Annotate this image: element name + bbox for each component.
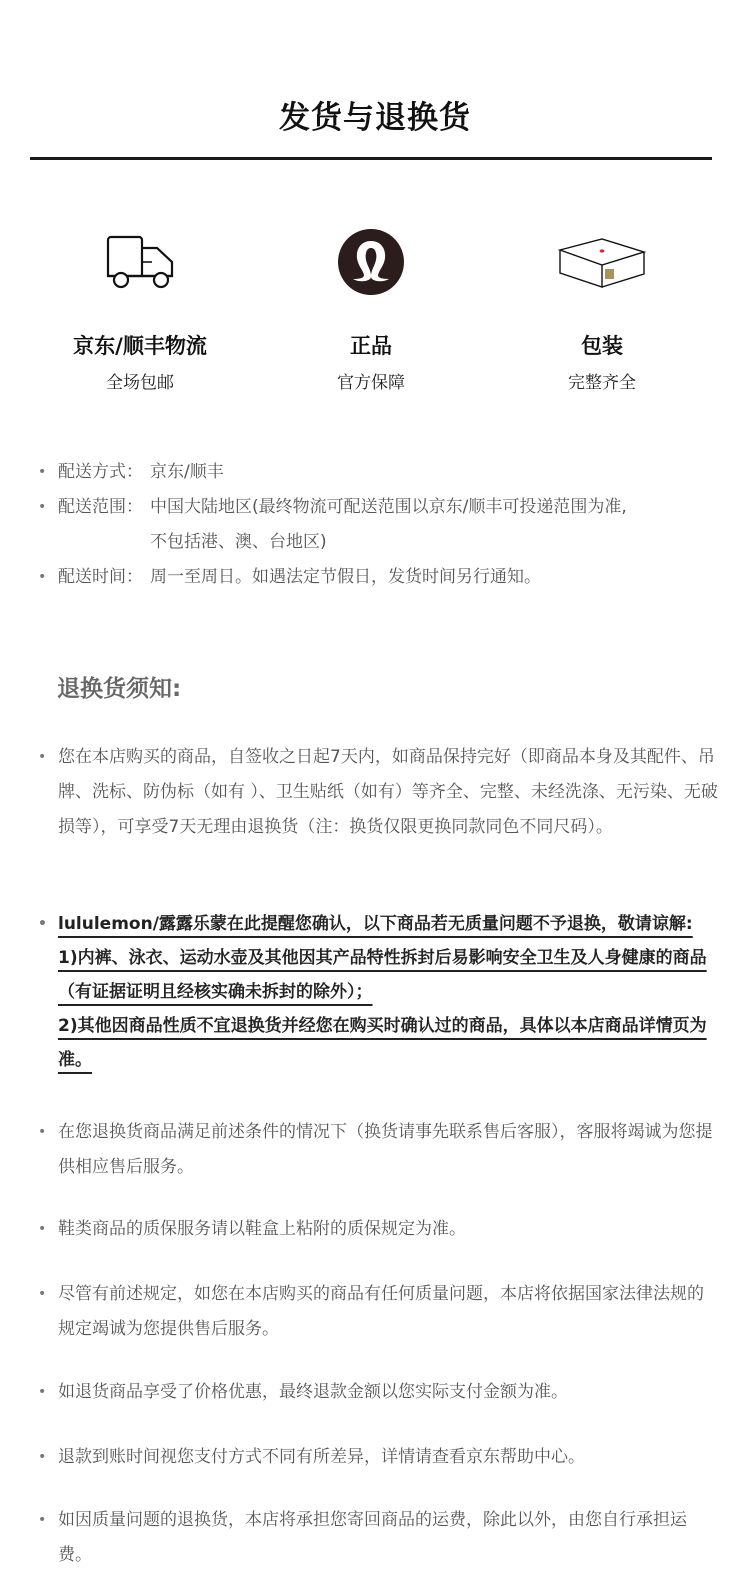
returns-item-text: 在您退换货商品满足前述条件的情况下（换货请事先联系售后客服），客服将竭诚为您提供… bbox=[58, 1115, 718, 1185]
feature-logistics: 京东/顺丰物流 全场包邮 bbox=[30, 222, 250, 393]
shipping-value-line2: 不包括港、澳、台地区) bbox=[150, 525, 718, 560]
returns-heading: 退换货须知: bbox=[57, 670, 181, 703]
truck-icon bbox=[102, 231, 178, 293]
shipping-range-row: • 配送范围： 中国大陆地区(最终物流可配送范围以京东/顺丰可投递范围为准, 不… bbox=[38, 490, 718, 560]
title-divider bbox=[30, 157, 712, 160]
returns-item: • 退款到账时间视您支付方式不同有所差异，详情请查看京东帮助中心。 bbox=[38, 1440, 718, 1475]
bullet: • bbox=[38, 1115, 58, 1185]
box-icon bbox=[556, 236, 648, 288]
shipping-info-list: • 配送方式： 京东/顺丰 • 配送范围： 中国大陆地区(最终物流可配送范围以京… bbox=[38, 455, 718, 595]
returns-item-text: 如因质量问题的退换货，本店将承担您寄回商品的运费，除此以外，由您自行承担运费。 bbox=[58, 1503, 718, 1573]
feature-subtitle: 完整齐全 bbox=[492, 368, 712, 393]
feature-subtitle: 全场包邮 bbox=[30, 368, 250, 393]
shipping-value: 周一至周日。如遇法定节假日，发货时间另行通知。 bbox=[150, 560, 718, 595]
feature-subtitle: 官方保障 bbox=[261, 368, 481, 393]
bullet: • bbox=[38, 1503, 58, 1573]
bullet: • bbox=[38, 1375, 58, 1410]
shipping-label: 配送方式： bbox=[58, 455, 150, 490]
bullet: • bbox=[38, 1277, 58, 1347]
returns-exclusion-notice: • lululemon/露露乐蒙在此提醒您确认，以下商品若无质量问题不予退换，敬… bbox=[38, 907, 718, 1077]
exclusion-text-1: lululemon/露露乐蒙在此提醒您确认，以下商品若无质量问题不予退换，敬请谅… bbox=[58, 914, 707, 1002]
shipping-time-row: • 配送时间： 周一至周日。如遇法定节假日，发货时间另行通知。 bbox=[38, 560, 718, 595]
feature-authentic: 正品 官方保障 bbox=[261, 222, 481, 393]
returns-item: • 鞋类商品的质保服务请以鞋盒上粘附的质保规定为准。 bbox=[38, 1212, 718, 1247]
shipping-label: 配送时间： bbox=[58, 560, 150, 595]
returns-item: • 您在本店购买的商品，自签收之日起7天内，如商品保持完好（即商品本身及其配件、… bbox=[38, 740, 718, 845]
returns-item-text: 您在本店购买的商品，自签收之日起7天内，如商品保持完好（即商品本身及其配件、吊牌… bbox=[58, 740, 718, 845]
returns-item: • 在您退换货商品满足前述条件的情况下（换货请事先联系售后客服），客服将竭诚为您… bbox=[38, 1115, 718, 1185]
shipping-value: 京东/顺丰 bbox=[150, 455, 718, 490]
bullet: • bbox=[38, 1440, 58, 1475]
feature-title: 正品 bbox=[261, 330, 481, 360]
bullet: • bbox=[38, 1212, 58, 1247]
exclusion-text-2: 2)其他因商品性质不宜退换货并经您在购买时确认过的商品，具体以本店商品详情页为准… bbox=[58, 1016, 707, 1070]
bullet: • bbox=[38, 560, 58, 595]
lululemon-logo-icon bbox=[337, 228, 405, 296]
bullet: • bbox=[38, 490, 58, 560]
bullet: • bbox=[38, 740, 58, 845]
returns-item-text: 退款到账时间视您支付方式不同有所差异，详情请查看京东帮助中心。 bbox=[58, 1440, 718, 1475]
returns-item: • 尽管有前述规定，如您在本店购买的商品有任何质量问题，本店将依据国家法律法规的… bbox=[38, 1277, 718, 1347]
returns-item: • 如因质量问题的退换货，本店将承担您寄回商品的运费，除此以外，由您自行承担运费… bbox=[38, 1503, 718, 1573]
feature-packaging: 包装 完整齐全 bbox=[492, 222, 712, 393]
feature-title: 京东/顺丰物流 bbox=[30, 330, 250, 360]
returns-item-text: 尽管有前述规定，如您在本店购买的商品有任何质量问题，本店将依据国家法律法规的规定… bbox=[58, 1277, 718, 1347]
returns-item: • 如退货商品享受了价格优惠，最终退款金额以您实际支付金额为准。 bbox=[38, 1375, 718, 1410]
bullet: • bbox=[38, 455, 58, 490]
bullet: • bbox=[38, 907, 58, 1077]
shipping-label: 配送范围： bbox=[58, 490, 150, 560]
shipping-method-row: • 配送方式： 京东/顺丰 bbox=[38, 455, 718, 490]
returns-item-text: 鞋类商品的质保服务请以鞋盒上粘附的质保规定为准。 bbox=[58, 1212, 718, 1247]
page-title: 发货与退换货 bbox=[0, 92, 750, 137]
shipping-value: 中国大陆地区(最终物流可配送范围以京东/顺丰可投递范围为准, 不包括港、澳、台地… bbox=[150, 490, 718, 560]
shipping-value-line1: 中国大陆地区(最终物流可配送范围以京东/顺丰可投递范围为准, bbox=[150, 490, 718, 525]
feature-title: 包装 bbox=[492, 330, 712, 360]
returns-item-text: 如退货商品享受了价格优惠，最终退款金额以您实际支付金额为准。 bbox=[58, 1375, 718, 1410]
